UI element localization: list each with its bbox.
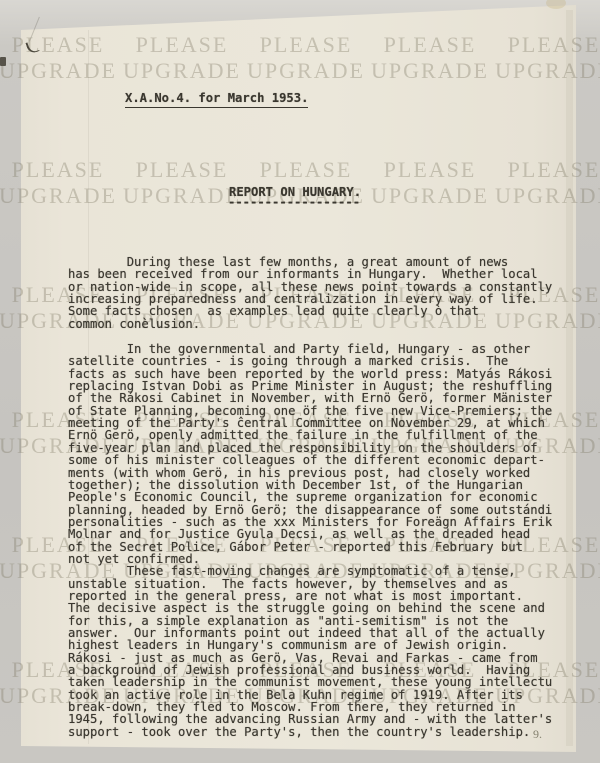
typed-line: of the Rákosi Cabinet in November, with …: [68, 392, 578, 404]
typed-line: support - took over the Party's, then th…: [68, 726, 578, 738]
typed-line: taken leadership in the communist moveme…: [68, 676, 578, 688]
scanned-document-page: PLEASEUPGRADEPLEASEUPGRADEPLEASEUPGRADEP…: [0, 0, 600, 763]
typed-line: These fast-moving changes are symptomati…: [68, 565, 578, 577]
typed-line: 1945, following the advancing Russian Ar…: [68, 713, 578, 725]
typed-line: common conèlusion.: [68, 318, 578, 330]
typed-line: The decisive aspect is the struggle goin…: [68, 602, 578, 614]
typed-line: Some facts chosen as examples lead quite…: [68, 305, 578, 317]
page-number: 9.: [533, 727, 542, 742]
typed-line: highest leaders in Hungary's communism a…: [68, 639, 578, 651]
typed-line: Molnar and for Justice Gyula Decsi, as w…: [68, 528, 578, 540]
typed-line: People's Economic Council, the supreme o…: [68, 491, 578, 503]
typed-line: some of his minister colleagues of the d…: [68, 454, 578, 466]
document-body: During these last few months, a great am…: [68, 256, 578, 738]
paragraph: In the governmental and Party field, Hun…: [68, 343, 578, 565]
typed-content-layer: X.A.No.4. for March 1953. REPORT ON HUNG…: [0, 0, 600, 763]
typed-line: ments (with whom Gerö, in his previous p…: [68, 467, 578, 479]
document-reference-line: X.A.No.4. for March 1953.: [125, 91, 308, 108]
typed-line: satellite countries - is going through a…: [68, 355, 578, 367]
typed-line: has been received from our informants in…: [68, 268, 578, 280]
typed-line: Ernö Gerö, openly admitted the failure i…: [68, 429, 578, 441]
paragraph: During these last few months, a great am…: [68, 256, 578, 330]
paragraph: These fast-moving changes are symptomati…: [68, 565, 578, 738]
title-dashed-underline: ------------------: [228, 195, 360, 209]
